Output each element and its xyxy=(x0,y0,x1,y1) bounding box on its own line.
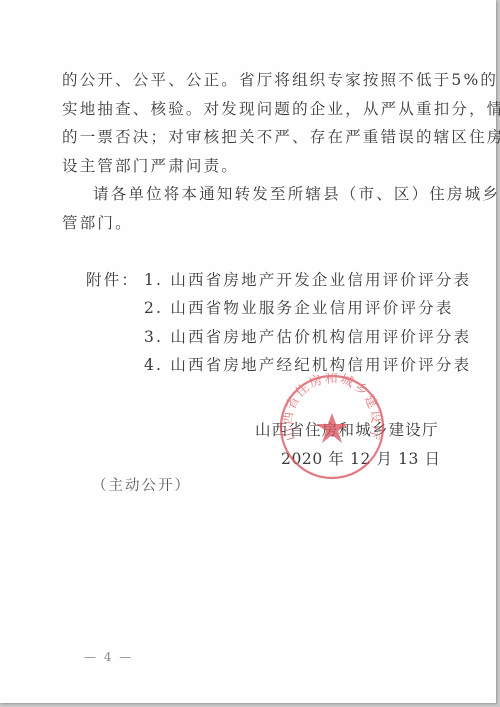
paragraph-1-line: 的一票否决；对审核把关不严、存在严重错误的辖区住房城乡建 xyxy=(62,123,437,152)
attachment-item: 4. 山西省房地产经纪机构信用评价评分表 xyxy=(62,351,437,380)
document-body: 的公开、公平、公正。省厅将组织专家按照不低于5%的比例进行 实地抽查、核验。对发… xyxy=(62,66,437,380)
page-number: — 4 — xyxy=(84,650,133,664)
spacer xyxy=(62,237,437,266)
attachment-title: 4. 山西省房地产经纪机构信用评价评分表 xyxy=(144,356,471,374)
attachment-title: 1. 山西省房地产开发企业信用评价评分表 xyxy=(144,271,471,289)
attachment-item: 2. 山西省物业服务企业信用评价评分表 xyxy=(62,294,437,323)
attachment-item: 3. 山西省房地产估价机构信用评价评分表 xyxy=(62,323,437,352)
attachment-label: 附件： xyxy=(86,266,144,295)
paragraph-1-line: 的公开、公平、公正。省厅将组织专家按照不低于5%的比例进行 xyxy=(62,66,437,95)
document-page: 的公开、公平、公正。省厅将组织专家按照不低于5%的比例进行 实地抽查、核验。对发… xyxy=(0,0,496,703)
paragraph-2-line: 请各单位将本通知转发至所辖县（市、区）住房城乡建设主 xyxy=(62,180,437,209)
disclosure-note: （主动公开） xyxy=(92,474,191,495)
attachment-item: 附件：1. 山西省房地产开发企业信用评价评分表 xyxy=(62,266,437,295)
paragraph-2-line: 管部门。 xyxy=(62,209,437,238)
attachment-title: 2. 山西省物业服务企业信用评价评分表 xyxy=(144,299,454,317)
attachment-title: 3. 山西省房地产估价机构信用评价评分表 xyxy=(144,328,471,346)
paragraph-1-line: 实地抽查、核验。对发现问题的企业，从严从重扣分，情节严重 xyxy=(62,95,437,124)
issue-date: 2020 年 12 月 13 日 xyxy=(281,447,441,469)
issuer-signature: 山西省住房和城乡建设厅 xyxy=(255,418,439,440)
paragraph-1-line: 设主管部门严肃问责。 xyxy=(62,152,437,181)
